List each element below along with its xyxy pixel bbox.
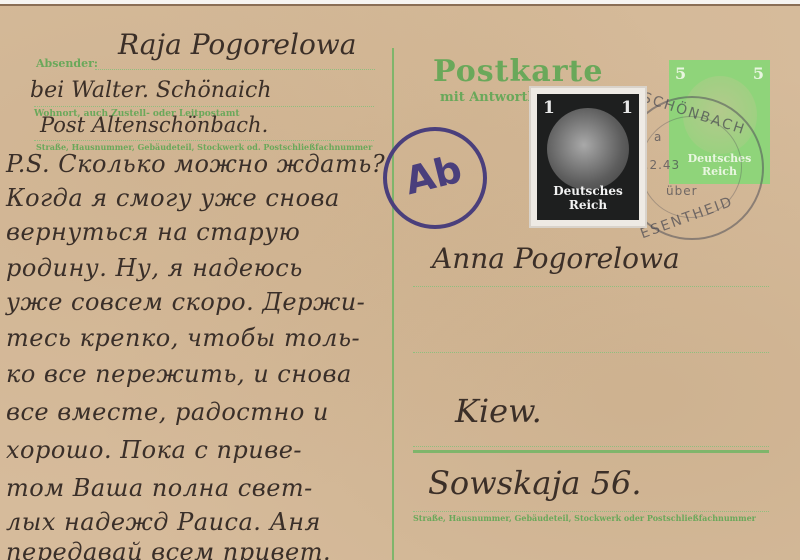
message-line: хорошо. Пока с приве- xyxy=(6,436,302,464)
message-line: Когда я смогу уже снова xyxy=(6,184,340,212)
message-line: передавай всем привет. xyxy=(6,538,331,560)
postmark-line-a: a xyxy=(654,130,663,144)
message-line: родину. Ну, я надеюсь xyxy=(6,254,303,282)
postcard: Absender: Raja Pogorelowa bei Walter. Sc… xyxy=(0,4,800,560)
censor-stamp-text: Ab xyxy=(401,147,467,203)
message-line: уже совсем скоро. Держи- xyxy=(6,288,365,316)
censor-stamp: Ab xyxy=(383,127,487,229)
sender-name: Raja Pogorelowa xyxy=(118,28,356,61)
message-line: лых надежд Раиса. Аня xyxy=(6,508,321,536)
label-strasse-recipient: Straße, Hausnummer, Gebäudeteil, Stockwe… xyxy=(413,513,756,523)
vertical-divider xyxy=(392,48,394,560)
message-line: том Ваша полна свет- xyxy=(6,474,313,502)
recipient-dotted-line-1 xyxy=(413,286,769,287)
stamp-value-left: 1 xyxy=(543,98,555,118)
message-line: тесь крепко, чтобы толь- xyxy=(6,324,360,352)
recipient-name: Anna Pogorelowa xyxy=(432,242,680,275)
message-line: P.S. Сколько можно ждать? xyxy=(6,150,385,178)
message-line: вернуться на старую xyxy=(6,218,300,246)
stamp-value-left: 5 xyxy=(675,64,686,83)
stamp-frame: 1 1 Deutsches Reich xyxy=(537,94,639,220)
stamp-value-right: 1 xyxy=(621,98,633,118)
sender-line2: bei Walter. Schönaich xyxy=(30,78,272,103)
recipient-dotted-line-2 xyxy=(413,352,769,353)
wohnort-dotted-line xyxy=(34,106,374,107)
strasse-dotted-line xyxy=(34,140,374,141)
sender-dotted-line xyxy=(95,69,375,70)
postmark-via: über xyxy=(666,184,698,198)
portrait-icon xyxy=(547,108,629,190)
stamp-country: Deutsches Reich xyxy=(537,184,639,212)
message-line: ко все пережить, и снова xyxy=(6,360,352,388)
recipient-dotted-line-4 xyxy=(413,511,769,512)
stamp-value-right: 5 xyxy=(753,64,764,83)
recipient-street: Sowskaja 56. xyxy=(428,464,642,502)
label-absender: Absender: xyxy=(36,57,98,70)
city-underline xyxy=(413,450,769,453)
sender-line3: Post Altenschönbach. xyxy=(40,113,268,137)
recipient-dotted-line-3 xyxy=(413,446,769,447)
postcard-title: Postkarte xyxy=(433,54,603,89)
recipient-city: Kiew. xyxy=(455,392,542,430)
adhesive-stamp-1: 1 1 Deutsches Reich xyxy=(531,88,645,226)
message-line: все вместе, радостно и xyxy=(6,398,329,426)
